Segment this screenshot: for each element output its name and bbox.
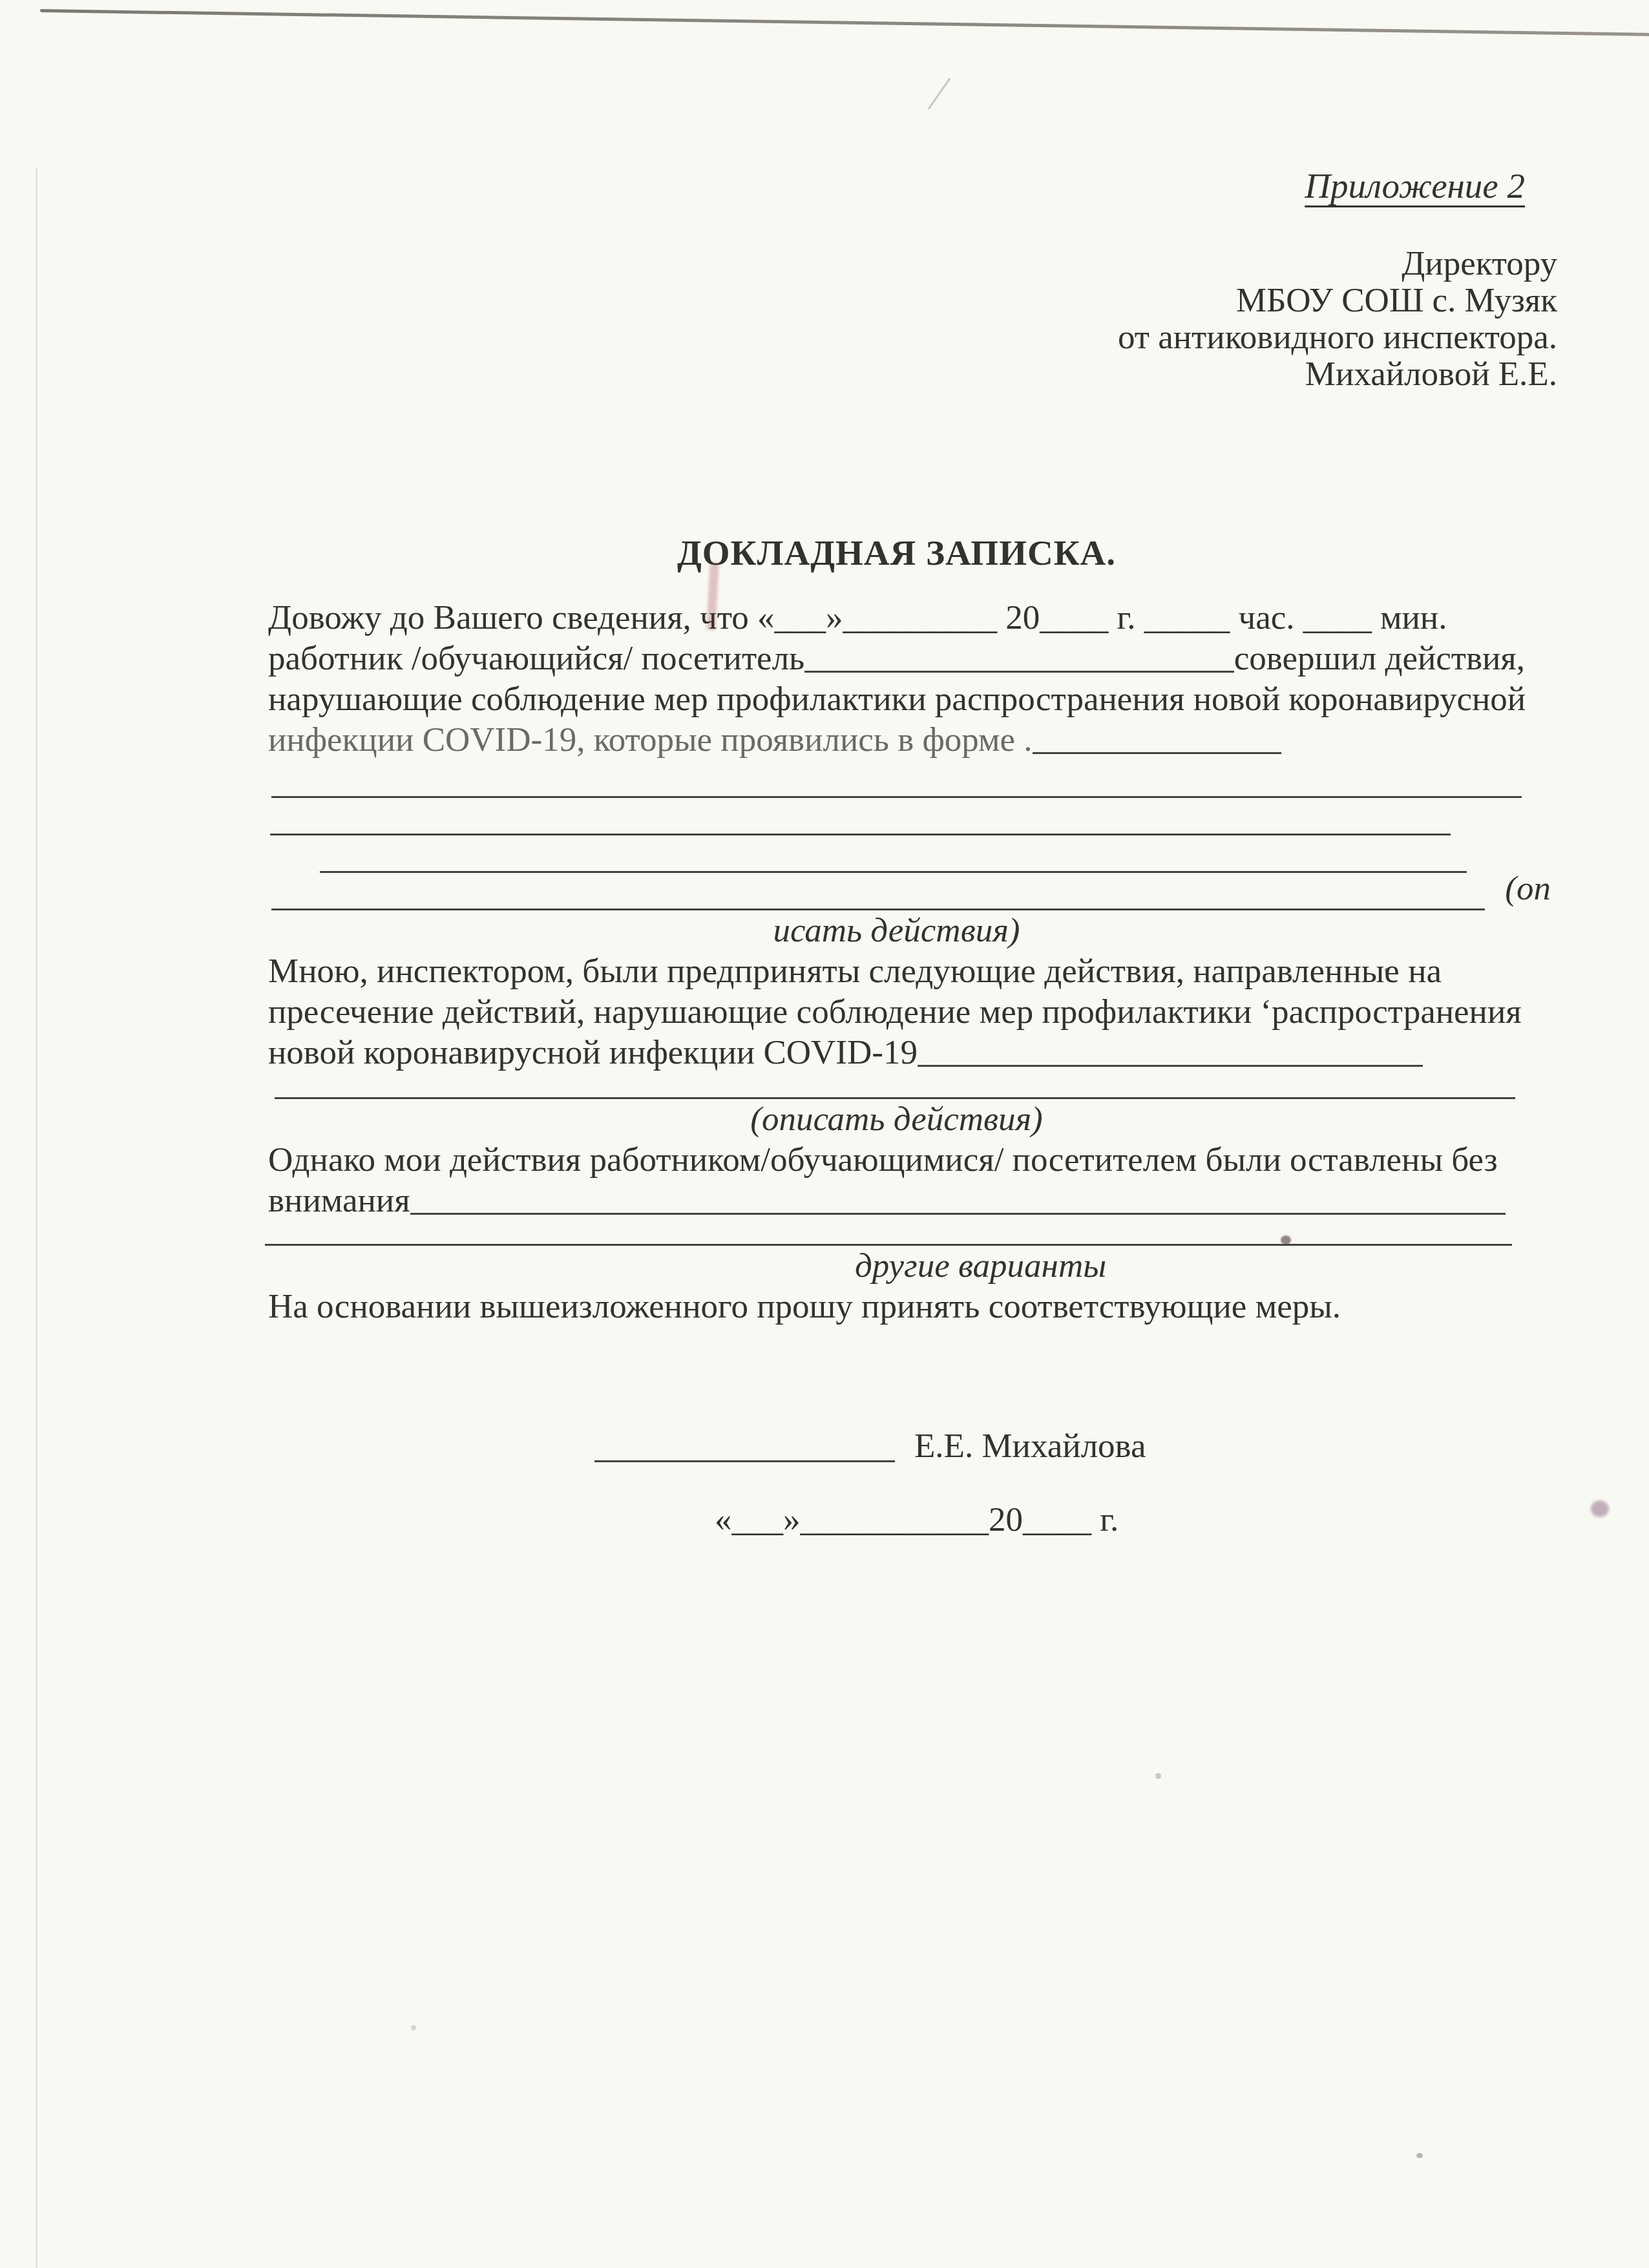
paragraph1-line2-tail: совершил действия, (1234, 638, 1525, 679)
appendix-label: Приложение 2 (1305, 165, 1525, 206)
blank-underline (410, 1181, 1506, 1215)
speck-artifact (1416, 2153, 1423, 2158)
recipient-line-school: МБОУ СОШ с. Музяк (1118, 282, 1557, 319)
paragraph2-line2: пресечение действий, нарушающие соблюден… (268, 992, 1525, 1033)
blank-line-row (268, 1221, 1525, 1246)
document-title: ДОКЛАДНАЯ ЗАПИСКА. (268, 532, 1525, 573)
blank-line-row: (оп (268, 873, 1525, 910)
blank-underline (918, 1033, 1423, 1067)
caption-describe-actions-fragment: исать действия) (268, 910, 1525, 951)
document-body: Довожу до Вашего сведения, что «___»____… (268, 598, 1525, 1327)
scanned-document-page: Приложение 2 Директору МБОУ СОШ с. Музяк… (0, 0, 1649, 2268)
signature-name: Е.Е. Михайлова (914, 1427, 1146, 1467)
paragraph4-conclusion: На основании вышеизложенного прошу приня… (268, 1286, 1525, 1327)
paragraph2-line3: новой коронавирусной инфекции COVID-19 (268, 1033, 1525, 1073)
recipient-line-from: от антиковидного инспектора. (1118, 319, 1557, 356)
paragraph1-line2: работник /обучающийся/ посетитель соверш… (268, 638, 1525, 679)
blank-line (271, 908, 1485, 910)
date-row: «___»___________20____ г. (715, 1500, 1119, 1539)
caption-describe-actions-fragment-open: (оп (1505, 868, 1551, 909)
blank-line-row (268, 835, 1525, 873)
paragraph1-line4-text: инфекции COVID-19, которые проявились в … (268, 720, 1033, 761)
signature-row: Е.Е. Михайлова (268, 1427, 1525, 1467)
paragraph3-line1: Однако мои действия работником/обучающим… (268, 1140, 1525, 1181)
paragraph1-line2-text: работник /обучающийся/ посетитель (268, 638, 804, 679)
recipient-line-name: Михайловой Е.Е. (1118, 356, 1557, 393)
scanner-edge-line (40, 9, 1649, 36)
blank-underline (804, 638, 1234, 673)
speck-artifact (1155, 1773, 1161, 1779)
paragraph3-line2: внимания (268, 1181, 1525, 1221)
speck-artifact (411, 2025, 416, 2030)
paragraph3-line2-text: внимания (268, 1181, 410, 1221)
paragraph1-line3: нарушающие соблюдение мер профилактики р… (268, 679, 1525, 720)
line-end-spacer (1423, 1033, 1525, 1073)
paragraph2-line3-text: новой коронавирусной инфекции COVID-19 (268, 1033, 918, 1073)
caption-describe-actions: (описать действия) (268, 1099, 1525, 1140)
scan-crease-line (36, 168, 37, 2268)
recipient-line-director: Директору (1118, 246, 1557, 282)
scratch-artifact (928, 78, 951, 109)
paragraph2-line1: Мною, инспектором, были предприняты след… (268, 951, 1525, 992)
blank-line (275, 1097, 1515, 1099)
paragraph1-line4: инфекции COVID-19, которые проявились в … (268, 720, 1525, 761)
line-end-spacer (1506, 1181, 1525, 1221)
blank-line-row (268, 798, 1525, 835)
paragraph1-line1: Довожу до Вашего сведения, что «___»____… (268, 598, 1525, 638)
signature-blank-line (594, 1427, 895, 1462)
blank-line-row (268, 1073, 1525, 1099)
caption-other-variants: другие варианты (352, 1246, 1609, 1286)
recipient-block: Директору МБОУ СОШ с. Музяк от антиковид… (1118, 246, 1557, 393)
pink-dot-artifact (1591, 1500, 1609, 1517)
blank-line-row (268, 761, 1525, 798)
blank-underline (1033, 720, 1281, 754)
